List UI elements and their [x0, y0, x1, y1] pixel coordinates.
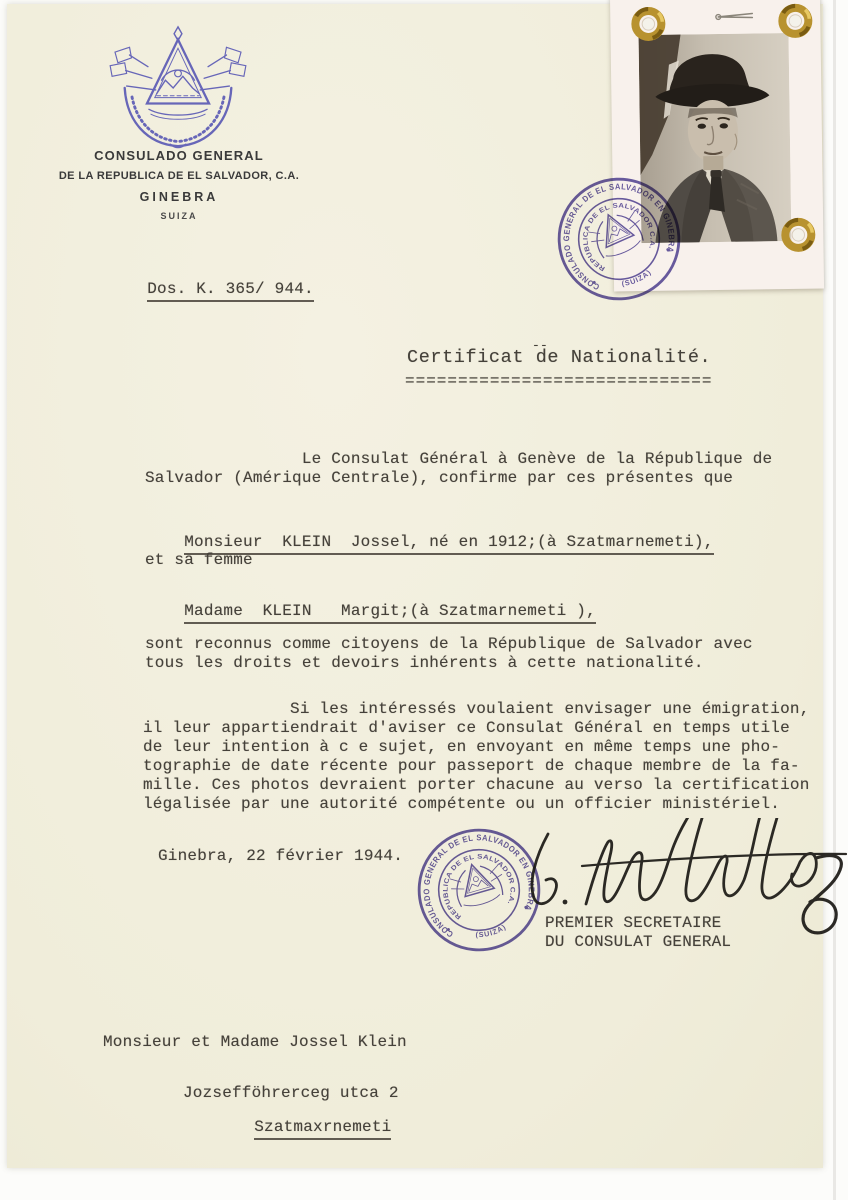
address-line3: Szatmaxrnemeti	[254, 1119, 391, 1140]
document-title: Certificat de Nationalité.	[407, 348, 711, 367]
brass-grommet-icon	[775, 1, 816, 42]
el-salvador-coat-of-arms-icon	[100, 24, 256, 150]
paragraph-recognition: sont reconnus comme citoyens de la Répub…	[145, 635, 753, 673]
svg-text:(SUIZA): (SUIZA)	[473, 921, 509, 941]
safety-pin-icon	[714, 9, 758, 22]
brass-grommet-icon	[628, 4, 669, 45]
signer-title-line1: PREMIER SECRETAIRE	[545, 914, 721, 933]
address-line1: Monsieur et Madame Jossel Klein	[103, 1034, 407, 1051]
svg-text:REPUBLICA DE EL SALVADOR C.A.: REPUBLICA DE EL SALVADOR C.A.	[434, 845, 521, 923]
scanner-edge-line	[833, 0, 836, 1200]
subject-wife-line: Madame KLEIN Margit;(à Szatmarnemeti ),	[184, 602, 596, 624]
letterhead-org-line1: CONSULADO GENERAL	[56, 148, 302, 163]
letterhead-city: GINEBRA	[56, 190, 302, 204]
signature-name: G. Mantello	[0, 0, 1, 1]
stamp-bottom-text: (SUIZA)	[473, 921, 509, 941]
subject-husband-line: Monsieur KLEIN Jossel, né en 1912;(à Sza…	[184, 533, 713, 555]
paragraph-emigration: Si les intéressés voulaient envisager un…	[143, 700, 810, 814]
letterhead-org-line2: DE LA REPUBLICA DE EL SALVADOR, C.A.	[56, 170, 302, 182]
letterhead: CONSULADO GENERAL DE LA REPUBLICA DE EL …	[56, 148, 302, 221]
recipient-address: Monsieur et Madame Jossel Klein Jozseffö…	[103, 1000, 407, 1157]
subject-connector-line: et sa femme	[145, 551, 253, 570]
dateline: Ginebra, 22 février 1944.	[158, 847, 403, 866]
scanned-certificate-page: CONSULADO GENERAL DE LA REPUBLICA DE EL …	[0, 0, 848, 1200]
signer-title-line2: DU CONSULAT GENERAL	[545, 933, 731, 952]
address-line2: Jozsefföhrerceg utca 2	[183, 1085, 407, 1102]
paragraph-intro: Le Consulat Général à Genève de la Répub…	[145, 450, 772, 488]
letterhead-country: SUIZA	[56, 211, 302, 221]
dossier-number: Dos. K. 365/ 944.	[147, 280, 314, 302]
stamp-inner-text: REPUBLICA DE EL SALVADOR C.A.	[434, 845, 521, 923]
title-underline: =============================	[405, 372, 712, 391]
brass-grommet-icon	[778, 215, 819, 256]
